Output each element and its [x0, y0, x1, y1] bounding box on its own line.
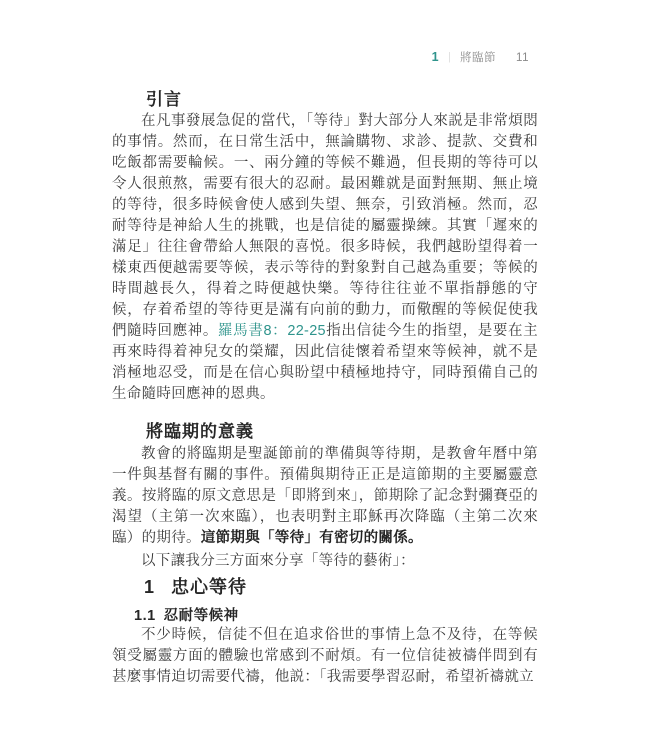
intro-heading: 引言: [112, 85, 572, 110]
running-header: 1 ｜ 將臨節 11: [432, 49, 529, 65]
chapter-title: 將臨節: [460, 49, 496, 65]
advent-paragraph: 教會的將臨期是聖誕節前的準備與等待期，是教會年曆中第一件與基督有關的事件。預備與…: [112, 444, 538, 549]
subsection-title: 忍耐等候神: [164, 608, 239, 624]
subsection-number: 1.1: [134, 608, 156, 624]
header-divider: ｜: [444, 50, 455, 65]
intro-paragraph: 在凡事發展急促的當代，「等待」對大部分人來説是非常煩悶的事情。然而，在日常生活中…: [112, 111, 538, 405]
section-title: 忠心等待: [171, 577, 247, 597]
subsection-heading: 1.1忍耐等候神: [112, 604, 560, 625]
section-number: 1: [144, 577, 155, 597]
book-page: 1 ｜ 將臨節 11 引言 在凡事發展急促的當代，「等待」對大部分人來説是非常煩…: [0, 0, 650, 750]
page-number: 11: [516, 52, 529, 64]
subsection-paragraph: 不少時候，信徒不但在追求俗世的事情上急不及待，在等候領受屬靈方面的體驗也常感到不…: [112, 625, 538, 688]
scripture-reference: 羅馬書8：22-25: [218, 323, 326, 339]
section-one-heading: 1忠心等待: [112, 573, 570, 599]
advent-key-sentence: 這節期與「等待」有密切的關係。: [201, 530, 423, 546]
chapter-number: 1: [432, 50, 439, 64]
lead-in-paragraph: 以下讓我分三方面來分享「等待的藝術」：: [112, 551, 538, 572]
intro-paragraph-text: 在凡事發展急促的當代，「等待」對大部分人來説是非常煩悶的事情。然而，在日常生活中…: [112, 113, 538, 339]
advent-meaning-heading: 將臨期的意義: [112, 417, 572, 442]
